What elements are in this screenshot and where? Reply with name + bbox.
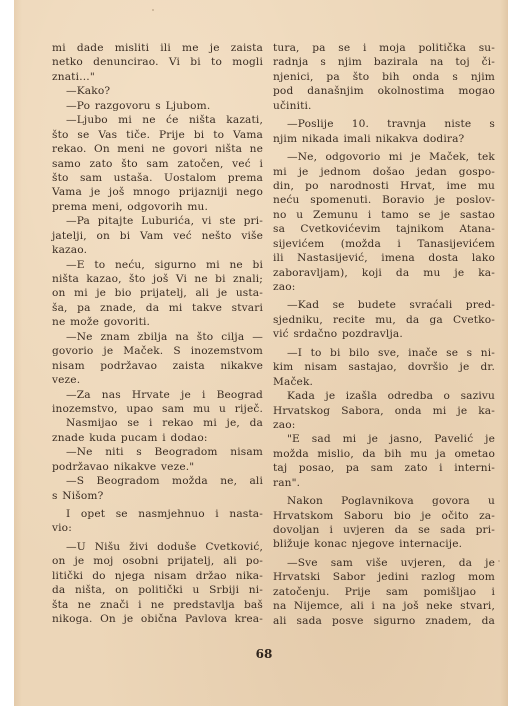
text-line: —Ne niti s Beogradom nisam: [52, 445, 263, 459]
text-line: on mi je bio prijatelj, ali je usta-: [52, 286, 263, 300]
text-line: —Kad se budete svraćali pred-: [273, 298, 495, 312]
text-line: pod današnjim okolnostima mogao: [273, 84, 495, 98]
text-line: prema meni, odgovorih mu.: [52, 200, 263, 214]
text-line: ne može govoriti.: [52, 315, 263, 329]
text-line: zao:: [273, 418, 495, 432]
text-line: litički do njega nisam držao nika-: [52, 569, 263, 583]
right-text-column: tura, pa se i moja politička su- radnja …: [273, 41, 495, 628]
text-line: Maček.: [273, 375, 495, 389]
paper-speck: [498, 560, 500, 562]
text-line: ili Nastasijević, imena dosta lako: [273, 251, 495, 265]
text-line: zao:: [273, 280, 495, 294]
text-line: —I to bi bilo sve, inače se s ni-: [273, 346, 495, 360]
text-line: —S Beogradom možda ne, ali: [52, 474, 263, 488]
text-line: Nakon Poglavnikova govora u: [273, 494, 495, 508]
text-line: —Ne, odgovorio mi je Maček, tek: [273, 150, 495, 164]
text-line: nisam podržavao zaista nikakve: [52, 359, 263, 373]
text-line: rekao. On meni ne govori ništa ne: [52, 142, 263, 156]
text-line: —Ne znam zbilja na što cilja —: [52, 330, 263, 344]
text-line: nikoga. On je obična Pavlova krea-: [52, 612, 263, 626]
text-line: njenici, pa što bih onda s njim: [273, 70, 495, 84]
text-line: dovoljan i uvjeren da se sada pri-: [273, 523, 495, 537]
text-line: Hrvatski Sabor jedini razlog mom: [273, 570, 495, 584]
text-line: vić srdačno pozdravlja.: [273, 327, 495, 341]
text-line: ništa kazao, što još Vi ne bi znali;: [52, 272, 263, 286]
text-line: neću spomenuti. Boravio je poslov-: [273, 193, 495, 207]
text-line: kim nisam sastajao, dovršio je dr.: [273, 360, 495, 374]
text-line: —E to neću, sigurno mi ne bi: [52, 258, 263, 272]
text-line: Vama je još mnogo prijazniji nego: [52, 185, 263, 199]
text-line: on je moj osobni prijatelj, ali po-: [52, 554, 263, 568]
text-line: veze.: [52, 373, 263, 387]
text-line: bližuje konac njegove internacije.: [273, 537, 495, 551]
text-line: sijevićem (možda i Tanasijevićem: [273, 237, 495, 251]
text-line: —Sve sam više uvjeren, da je: [273, 556, 495, 570]
text-line: sjedniku, recite mu, da ga Cvetko-: [273, 313, 495, 327]
text-line: mi dade misliti ili me je zaista: [52, 41, 263, 55]
text-line: —Za nas Hrvate je i Beograd: [52, 388, 263, 402]
text-line: —Poslije 10. travnja niste s: [273, 117, 495, 131]
text-line: I opet se nasmjehnuo i nasta-: [52, 507, 263, 521]
text-line: samo zato što sam zatočen, već i: [52, 157, 263, 171]
text-line: —Kako?: [52, 84, 263, 98]
text-line: sa Cvetkovićevim tajnikom Atana-: [273, 222, 495, 236]
text-line: znati…": [52, 70, 263, 84]
text-line: što se Vas tiče. Prije bi to Vama: [52, 128, 263, 142]
text-line: vio:: [52, 521, 263, 535]
text-line: din, po narodnosti Hrvat, ime mu: [273, 179, 495, 193]
text-line: "E sad mi je jasno, Pavelić je: [273, 432, 495, 446]
text-line: možda mislio, da bih mu ja ometao: [273, 447, 495, 461]
text-line: —U Nišu živi doduše Cvetković,: [52, 540, 263, 554]
text-line: kazao.: [52, 243, 263, 257]
text-line: što sam ustaša. Uostalom prema: [52, 171, 263, 185]
text-line: na Nijemce, ali i na još neke stvari,: [273, 599, 495, 613]
text-line: mi je jednom došao jedan gospo-: [273, 165, 495, 179]
text-line: inozemstvo, upao sam mu u riječ.: [52, 402, 263, 416]
text-line: Kada je izašla odredba o sazivu: [273, 389, 495, 403]
text-line: zaboravljam), koji da mu je ka-: [273, 266, 495, 280]
text-line: radnja s njim bazirala na toj či-: [273, 55, 495, 69]
text-line: —Ljubo mi ne će ništa kazati,: [52, 113, 263, 127]
text-line: netko denuncirao. Vi bi to mogli: [52, 55, 263, 69]
text-line: da ništa, on politički u Srbiji ni-: [52, 583, 263, 597]
text-line: šta ne znači i ne predstavlja baš: [52, 598, 263, 612]
text-line: taj posao, pa sam zato i interni-: [273, 461, 495, 475]
text-line: govorio je Maček. S inozemstvom: [52, 344, 263, 358]
text-line: Nasmijao se i rekao mi je, da: [52, 416, 263, 430]
text-line: —Po razgovoru s Ljubom.: [52, 99, 263, 113]
text-line: jatelji, on bi Vam već nešto više: [52, 229, 263, 243]
text-line: zatočenju. Prije sam pomišljao i: [273, 585, 495, 599]
text-line: njim nikada imali nikakva dodira?: [273, 132, 495, 146]
text-line: Hrvatskom Saboru bio je očito za-: [273, 509, 495, 523]
left-text-column: mi dade misliti ili me je zaista netko d…: [52, 41, 263, 627]
text-line: ran".: [273, 476, 495, 490]
text-line: učiniti.: [273, 99, 495, 113]
text-line: ša, pa znade, da mi takve stvari: [52, 301, 263, 315]
text-line: s Nišom?: [52, 489, 263, 503]
text-line: —Pa pitajte Luburića, vi ste pri-: [52, 214, 263, 228]
paper-speck: [152, 9, 154, 11]
text-line: ali sada posve sigurno znadem, da: [273, 614, 495, 628]
text-line: tura, pa se i moja politička su-: [273, 41, 495, 55]
text-line: no u Zemunu i tamo se je sastao: [273, 208, 495, 222]
text-line: podržavao nikakve veze.": [52, 460, 263, 474]
text-line: znade kuda pucam i dodao:: [52, 431, 263, 445]
text-line: Hrvatskog Sabora, onda mi je ka-: [273, 404, 495, 418]
page-number: 68: [244, 647, 284, 661]
